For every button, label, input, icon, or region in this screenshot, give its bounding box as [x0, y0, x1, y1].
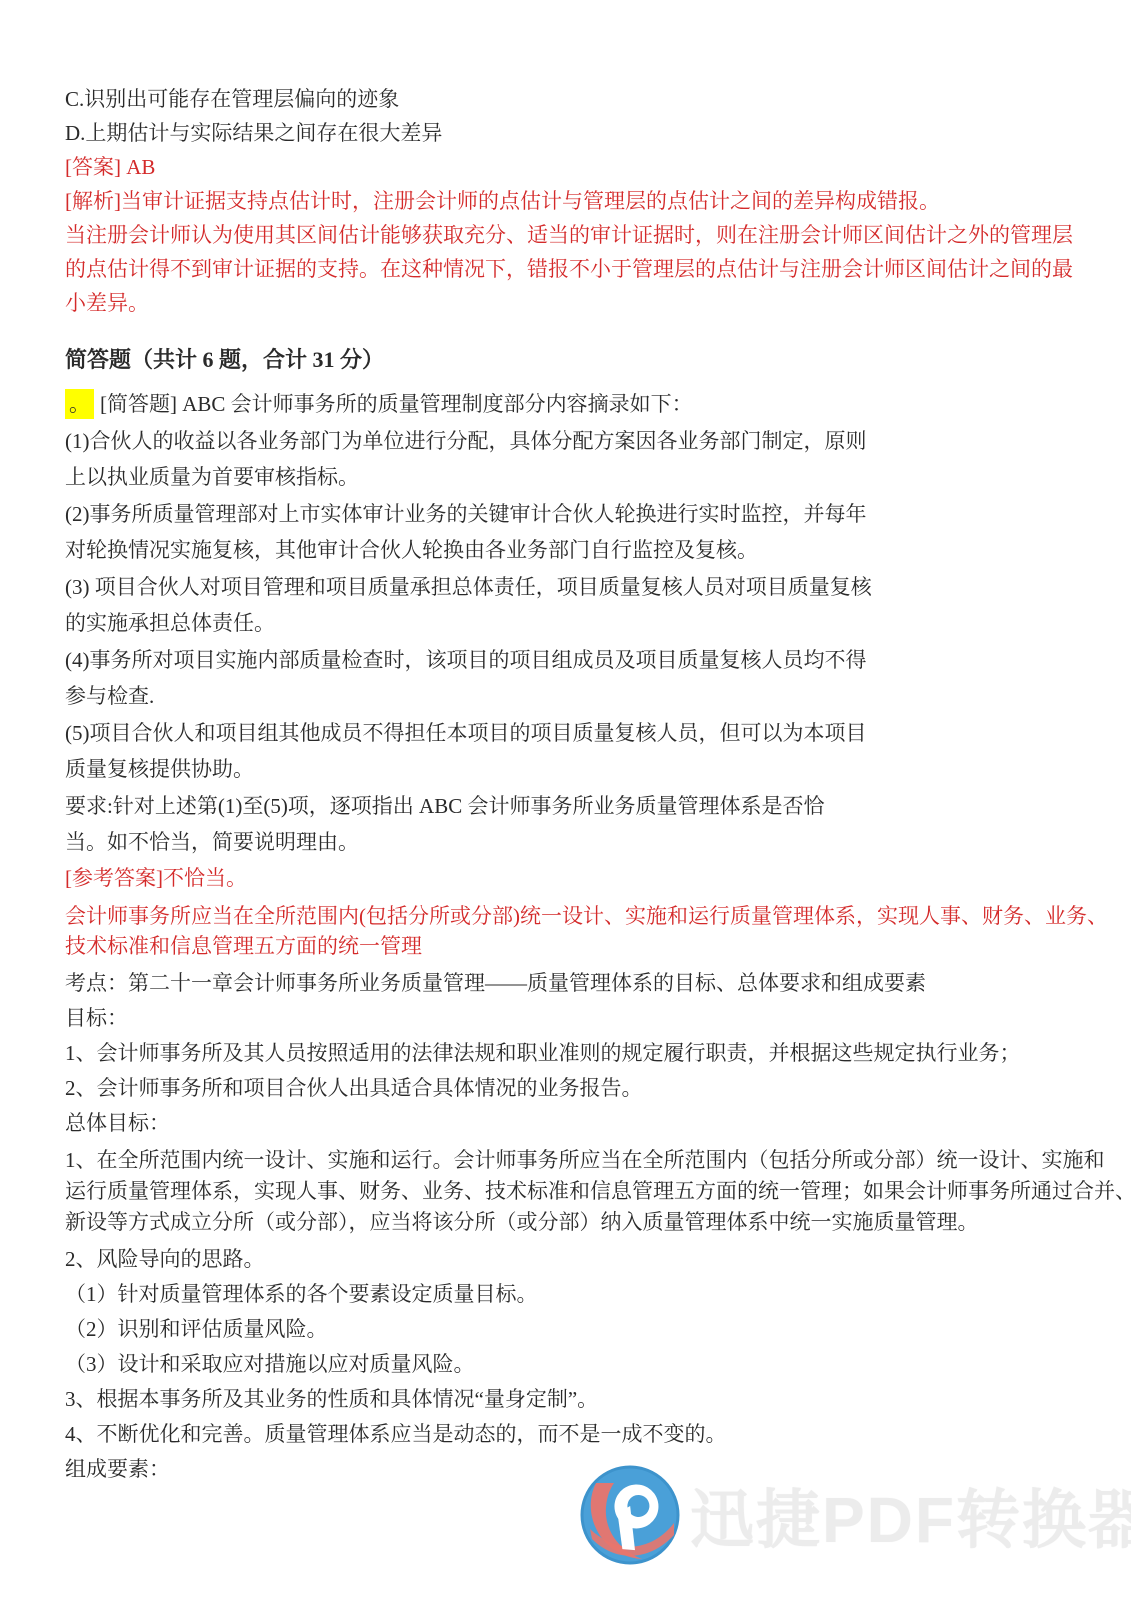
text-line: [解析]当审计证据支持点估计时，注册会计师的点估计与管理层的点估计之间的差异构成… [65, 184, 1075, 218]
paragraph: (3) 项目合伙人对项目管理和项目质量承担总体责任，项目质量复核人员对项目质量复… [65, 569, 1075, 642]
paragraph: [参考答案]不恰当。 [65, 861, 1075, 896]
text-line: (2)事务所质量管理部对上市实体审计业务的关键审计合伙人轮换进行实时监控，并每年 [65, 496, 1075, 533]
paragraph: 组成要素： [65, 1452, 1075, 1487]
text-line: （1）针对质量管理体系的各个要素设定质量目标。 [65, 1277, 1075, 1312]
paragraph: 4、不断优化和完善。质量管理体系应当是动态的，而不是一成不变的。 [65, 1417, 1075, 1452]
paragraph: 会计师事务所应当在全所范围内(包括分所或分部)统一设计、实施和运行质量管理体系，… [65, 901, 1075, 961]
section-heading: 简答题（共计 6 题，合计 31 分） [65, 342, 1075, 378]
paragraph: 2、会计师事务所和项目合伙人出具适合具体情况的业务报告。 [65, 1071, 1075, 1106]
text-line: (3) 项目合伙人对项目管理和项目质量承担总体责任，项目质量复核人员对项目质量复… [65, 569, 1075, 606]
text-line: 3、根据本事务所及其业务的性质和具体情况“量身定制”。 [65, 1382, 1075, 1417]
text-line: （3）设计和采取应对措施以应对质量风险。 [65, 1347, 1075, 1382]
paragraph: 目标： [65, 1001, 1075, 1036]
paragraph: 考点：第二十一章会计师事务所业务质量管理——质量管理体系的目标、总体要求和组成要… [65, 966, 1075, 1001]
paragraph: D.上期估计与实际结果之间存在很大差异 [65, 116, 1075, 150]
paragraph: 总体目标： [65, 1106, 1075, 1141]
text-line: 质量复核提供协助。 [65, 751, 1075, 788]
paragraph: (1)合伙人的收益以各业务部门为单位进行分配，具体分配方案因各业务部门制定，原则… [65, 423, 1075, 496]
text-line: 要求:针对上述第(1)至(5)项，逐项指出 ABC 会计师事务所业务质量管理体系… [65, 788, 1075, 825]
text-line: 的点估计得不到审计证据的支持。在这种情况下，错报不小于管理层的点估计与注册会计师… [65, 252, 1075, 286]
text-line: 简答题（共计 6 题，合计 31 分） [65, 342, 1075, 378]
text-line: （2）识别和评估质量风险。 [65, 1312, 1075, 1347]
text-line: 1、在全所范围内统一设计、实施和运行。会计师事务所应当在全所范围内（包括分所或分… [65, 1145, 1075, 1176]
text-line: 小差异。 [65, 286, 1075, 320]
paragraph: C.识别出可能存在管理层偏向的迹象 [65, 82, 1075, 116]
text-line: 目标： [65, 1001, 1075, 1036]
text-line: 当注册会计师认为使用其区间估计能够获取充分、适当的审计证据时，则在注册会计师区间… [65, 218, 1075, 252]
paragraph: 1、在全所范围内统一设计、实施和运行。会计师事务所应当在全所范围内（包括分所或分… [65, 1145, 1075, 1238]
text-line: 运行质量管理体系，实现人事、财务、业务、技术标准和信息管理五方面的统一管理；如果… [65, 1176, 1075, 1207]
text-line: 2、风险导向的思路。 [65, 1242, 1075, 1277]
paragraph: （3）设计和采取应对措施以应对质量风险。 [65, 1347, 1075, 1382]
text-line: 技术标准和信息管理五方面的统一管理 [65, 931, 1075, 961]
document-body: C.识别出可能存在管理层偏向的迹象D.上期估计与实际结果之间存在很大差异[答案]… [65, 82, 1075, 1487]
paragraph: 2、风险导向的思路。 [65, 1242, 1075, 1277]
paragraph: (4)事务所对项目实施内部质量检查时，该项目的项目组成员及项目质量复核人员均不得… [65, 642, 1075, 715]
document-page: C.识别出可能存在管理层偏向的迹象D.上期估计与实际结果之间存在很大差异[答案]… [0, 0, 1131, 1600]
text-line: (4)事务所对项目实施内部质量检查时，该项目的项目组成员及项目质量复核人员均不得 [65, 642, 1075, 679]
paragraph: (2)事务所质量管理部对上市实体审计业务的关键审计合伙人轮换进行实时监控，并每年… [65, 496, 1075, 569]
paragraph: 1、会计师事务所及其人员按照适用的法律法规和职业准则的规定履行职责，并根据这些规… [65, 1036, 1075, 1071]
paragraph: （1）针对质量管理体系的各个要素设定质量目标。 [65, 1277, 1075, 1312]
text-line: [简答题] ABC 会计师事务所的质量管理制度部分内容摘录如下： [100, 392, 693, 416]
text-line: 的实施承担总体责任。 [65, 605, 1075, 642]
text-line: 当。如不恰当，简要说明理由。 [65, 824, 1075, 861]
paragraph: [答案] AB [65, 150, 1075, 184]
text-line: (5)项目合伙人和项目组其他成员不得担任本项目的项目质量复核人员，但可以为本项目 [65, 715, 1075, 752]
paragraph: [解析]当审计证据支持点估计时，注册会计师的点估计与管理层的点估计之间的差异构成… [65, 184, 1075, 218]
paragraph: 要求:针对上述第(1)至(5)项，逐项指出 ABC 会计师事务所业务质量管理体系… [65, 788, 1075, 861]
text-line: (1)合伙人的收益以各业务部门为单位进行分配，具体分配方案因各业务部门制定，原则 [65, 423, 1075, 460]
text-line: 总体目标： [65, 1106, 1075, 1141]
paragraph: （2）识别和评估质量风险。 [65, 1312, 1075, 1347]
text-line: 组成要素： [65, 1452, 1075, 1487]
paragraph: 当注册会计师认为使用其区间估计能够获取充分、适当的审计证据时，则在注册会计师区间… [65, 218, 1075, 320]
paragraph: 3、根据本事务所及其业务的性质和具体情况“量身定制”。 [65, 1382, 1075, 1417]
text-line: 4、不断优化和完善。质量管理体系应当是动态的，而不是一成不变的。 [65, 1417, 1075, 1452]
paragraph: 。[简答题] ABC 会计师事务所的质量管理制度部分内容摘录如下： [65, 386, 1075, 423]
text-line: [答案] AB [65, 150, 1075, 184]
text-line: C.识别出可能存在管理层偏向的迹象 [65, 82, 1075, 116]
text-line: 上以执业质量为首要审核指标。 [65, 459, 1075, 496]
text-line: D.上期估计与实际结果之间存在很大差异 [65, 116, 1075, 150]
text-line: 2、会计师事务所和项目合伙人出具适合具体情况的业务报告。 [65, 1071, 1075, 1106]
text-line: 对轮换情况实施复核，其他审计合伙人轮换由各业务部门自行监控及复核。 [65, 532, 1075, 569]
text-line: 考点：第二十一章会计师事务所业务质量管理——质量管理体系的目标、总体要求和组成要… [65, 966, 1075, 1001]
highlight-mark: 。 [65, 389, 94, 419]
paragraph: (5)项目合伙人和项目组其他成员不得担任本项目的项目质量复核人员，但可以为本项目… [65, 715, 1075, 788]
text-line: 1、会计师事务所及其人员按照适用的法律法规和职业准则的规定履行职责，并根据这些规… [65, 1036, 1075, 1071]
text-line: 参与检查. [65, 678, 1075, 715]
text-line: 会计师事务所应当在全所范围内(包括分所或分部)统一设计、实施和运行质量管理体系，… [65, 901, 1075, 931]
text-line: [参考答案]不恰当。 [65, 861, 1075, 896]
text-line: 新设等方式成立分所（或分部），应当将该分所（或分部）纳入质量管理体系中统一实施质… [65, 1207, 1075, 1238]
